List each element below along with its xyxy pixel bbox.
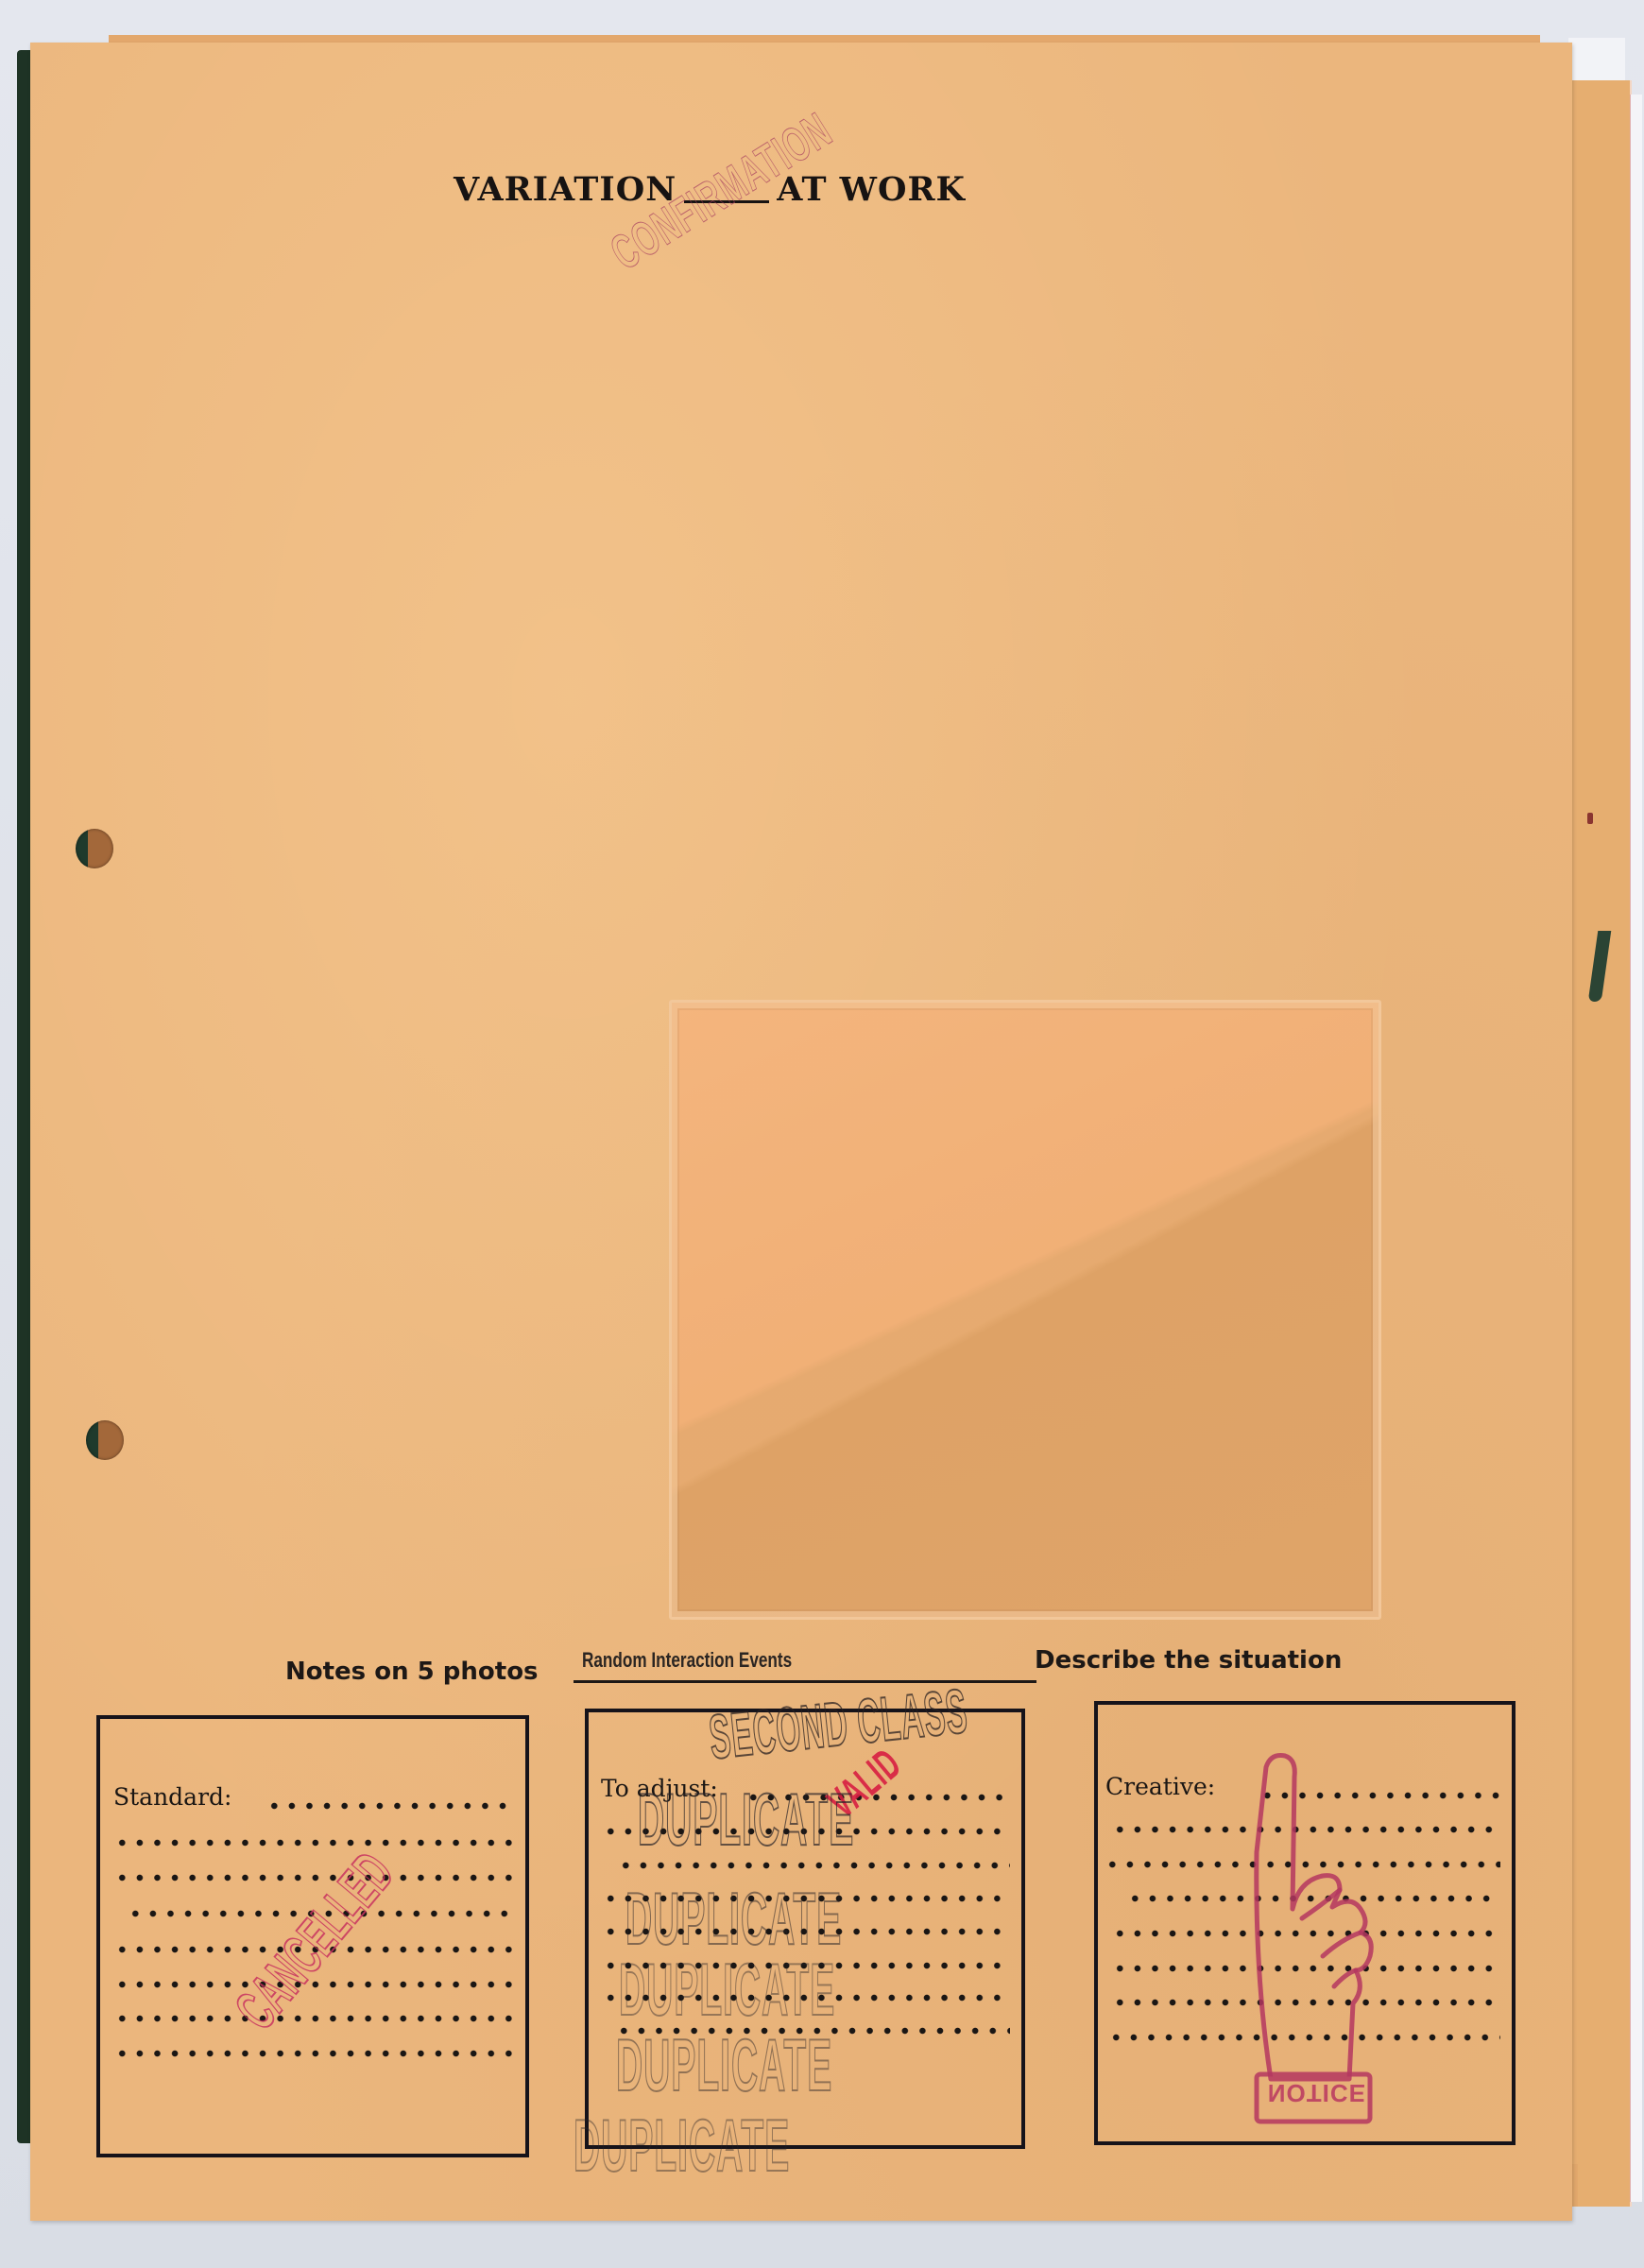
pointing-hand-icon bbox=[1228, 1739, 1398, 2126]
photo-pocket[interactable] bbox=[669, 1000, 1381, 1620]
note-box-standard[interactable]: Standard: bbox=[96, 1715, 529, 2157]
title-suffix: AT WORK bbox=[777, 170, 966, 209]
dot-line bbox=[615, 2027, 1010, 2035]
dot-line bbox=[617, 1862, 1010, 1869]
stamp-notice: NOTICE bbox=[1264, 2078, 1370, 2107]
dot-line bbox=[602, 1994, 1010, 2002]
category-value: Random Interaction Events bbox=[582, 1648, 792, 1673]
dot-line bbox=[113, 1839, 514, 1847]
dot-line bbox=[113, 1981, 514, 1988]
dot-line bbox=[113, 2050, 514, 2057]
category-field[interactable]: Random Interaction Events bbox=[574, 1646, 1036, 1683]
punch-hole-top bbox=[76, 829, 113, 868]
page-title: VARIATION AT WORK bbox=[454, 170, 1115, 209]
notes-label: Notes on 5 photos bbox=[285, 1658, 539, 1686]
title-prefix: VARIATION bbox=[454, 170, 676, 209]
dot-line bbox=[745, 1794, 1010, 1801]
dot-line bbox=[127, 1910, 514, 1917]
back-sheet-white-edge bbox=[1630, 94, 1642, 2202]
dot-line bbox=[602, 1928, 1010, 1935]
box-label-standard: Standard: bbox=[113, 1783, 231, 1811]
dot-line bbox=[602, 1962, 1010, 1969]
note-box-to-adjust[interactable]: To adjust: bbox=[585, 1709, 1025, 2149]
dot-line bbox=[113, 1874, 514, 1881]
edge-mark bbox=[1587, 813, 1593, 824]
title-blank-field[interactable] bbox=[684, 200, 769, 203]
box-label-creative: Creative: bbox=[1105, 1773, 1215, 1800]
box-label-to-adjust: To adjust: bbox=[601, 1775, 718, 1802]
dot-line bbox=[602, 1828, 1010, 1835]
dot-line bbox=[265, 1802, 514, 1810]
describe-label: Describe the situation bbox=[1035, 1646, 1342, 1675]
dot-line bbox=[113, 2015, 514, 2022]
punch-hole-bottom bbox=[86, 1420, 124, 1460]
pocket-glare bbox=[672, 1003, 1379, 1617]
dot-line bbox=[602, 1895, 1010, 1902]
dot-line bbox=[113, 1946, 514, 1953]
